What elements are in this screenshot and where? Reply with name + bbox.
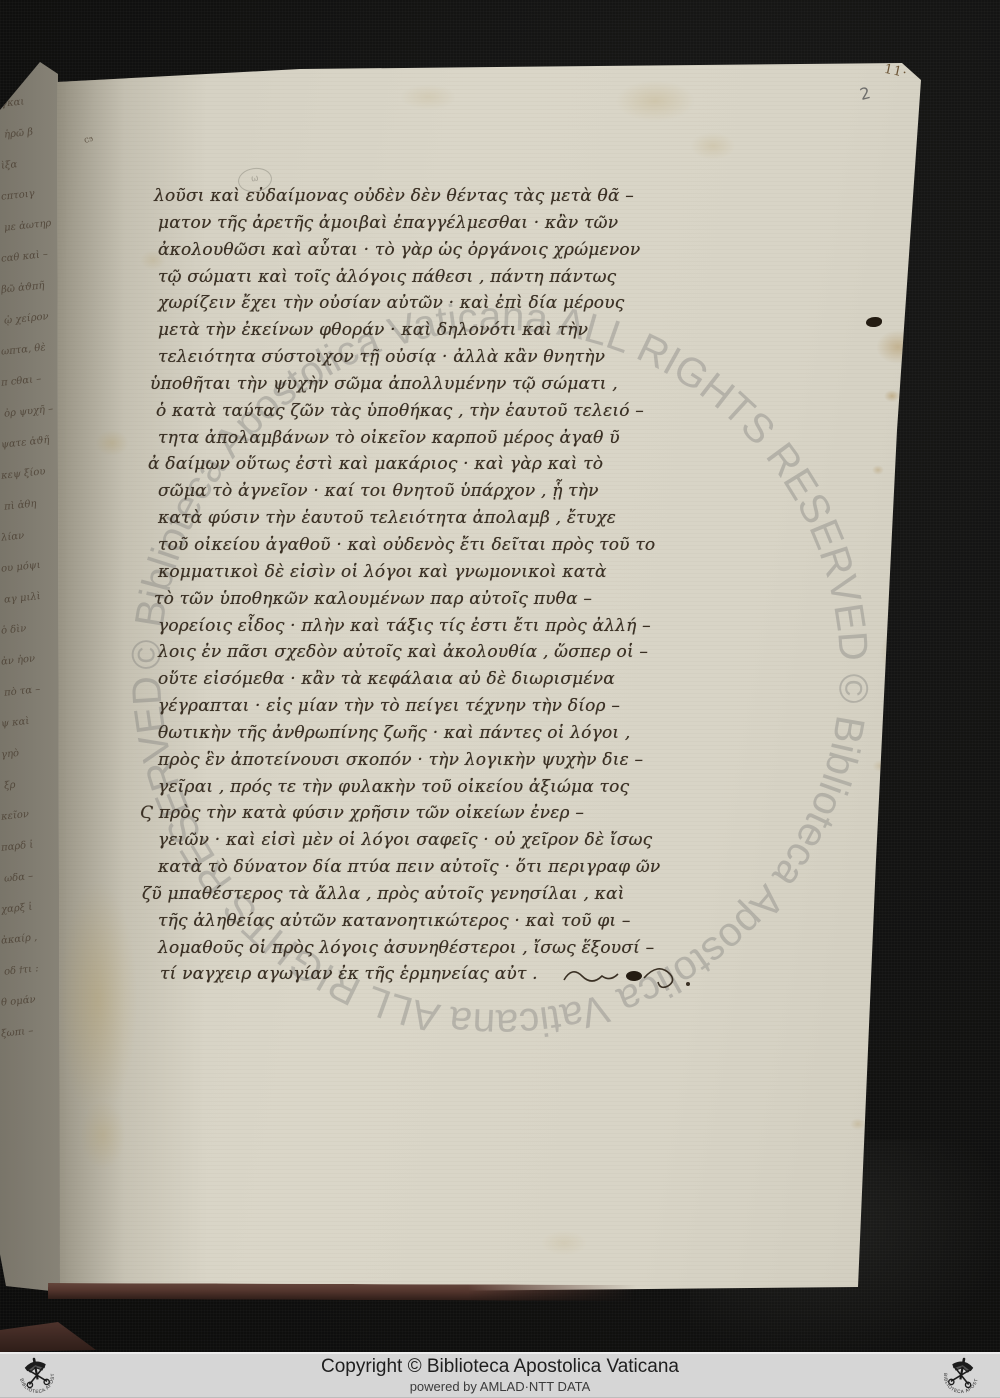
scan-viewer: γκαιἡρῶ βὶξαϲπτοιγμε ἀωτηρϲαθ καὶ –βῶ ἀϑ… [0,0,1000,1398]
page-vignette [0,0,1000,1398]
manuscript-page: © Biblioteca Apostolica Vaticana ALL RIG… [0,0,1000,1398]
vatican-emblem-icon: BIBLIOTECA APOSTOLICA VATICANA [934,1349,987,1398]
powered-by-text: powered by AMLAD·NTT DATA [0,1379,1000,1394]
book-cover-edge [48,1283,648,1301]
copyright-text: Copyright © Biblioteca Apostolica Vatica… [0,1356,1000,1378]
footer-bar: Copyright © Biblioteca Apostolica Vatica… [0,1352,1000,1398]
vatican-emblem-icon: BIBLIOTECA APOSTOLICA VATICANA [10,1349,63,1398]
